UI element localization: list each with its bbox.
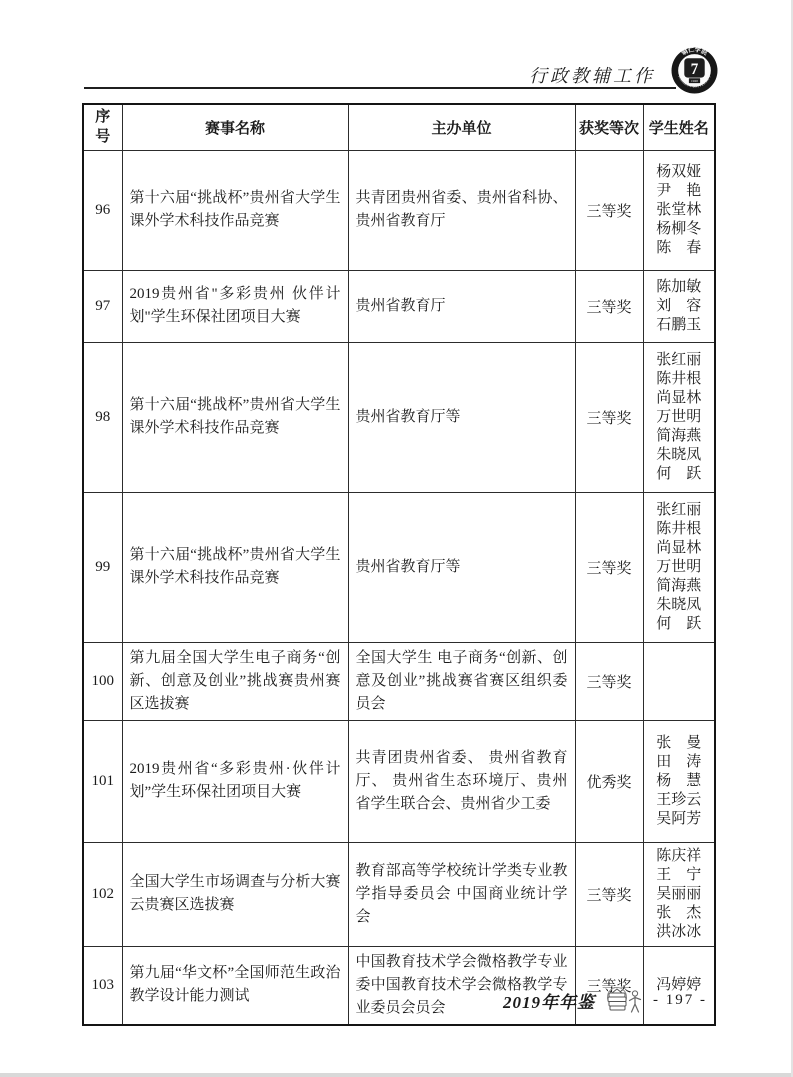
student-name: 何 跃	[649, 465, 710, 484]
student-names: 张 曼田 涛杨 慧王珍云吴阿芳	[643, 720, 715, 842]
award-level: 三等奖	[575, 150, 643, 270]
student-name: 陈 春	[649, 239, 710, 258]
svg-text:7: 7	[691, 61, 699, 78]
document-page: 行政教辅工作 铜仁学院 TONGREN UNIVERSITY 7 1920	[0, 0, 793, 1077]
section-title: 行政教辅工作	[529, 62, 655, 88]
student-names: 杨双娅尹 艳张堂林杨柳冬陈 春	[643, 150, 715, 270]
books-and-figure-icon	[602, 986, 646, 1014]
student-name: 陈庆祥	[649, 847, 710, 866]
organizer: 贵州省教育厅	[348, 270, 575, 342]
organizer: 共青团贵州省委、贵州省科协、贵州省教育厅	[348, 150, 575, 270]
student-name: 陈井根	[649, 520, 710, 539]
page-number: - 197 -	[653, 992, 707, 1009]
page-footer: 2019年年鉴 - 197 -	[503, 986, 707, 1014]
col-header-students: 学生姓名	[643, 104, 715, 150]
student-name: 石鹏玉	[649, 316, 710, 335]
student-name: 杨双娅	[649, 163, 710, 182]
table-row: 96 第十六届“挑战杯”贵州省大学生课外学术科技作品竞赛 共青团贵州省委、贵州省…	[83, 150, 715, 270]
award-level: 优秀奖	[575, 720, 643, 842]
student-name: 张 曼	[649, 734, 710, 753]
university-seal-icon: 铜仁学院 TONGREN UNIVERSITY 7 1920	[671, 47, 718, 94]
table-row: 97 2019贵州省"多彩贵州 伙伴计划"学生环保社团项目大赛 贵州省教育厅 三…	[83, 270, 715, 342]
header-rule	[84, 87, 676, 89]
student-name: 张 杰	[649, 904, 710, 923]
student-name: 张红丽	[649, 501, 710, 520]
student-names: 陈加敏刘 容石鹏玉	[643, 270, 715, 342]
student-names: 张红丽陈井根尚显林万世明简海燕朱晓凤何 跃	[643, 492, 715, 642]
university-seal-svg: 铜仁学院 TONGREN UNIVERSITY 7 1920	[671, 47, 718, 94]
row-number: 96	[83, 150, 122, 270]
student-name: 刘 容	[649, 297, 710, 316]
student-names: 张红丽陈井根尚显林万世明简海燕朱晓凤何 跃	[643, 342, 715, 492]
event-name: 第九届全国大学生电子商务“创新、创意及创业”挑战赛贵州赛区选拔赛	[122, 642, 348, 720]
table-row: 100 第九届全国大学生电子商务“创新、创意及创业”挑战赛贵州赛区选拔赛 全国大…	[83, 642, 715, 720]
event-name: 第十六届“挑战杯”贵州省大学生课外学术科技作品竞赛	[122, 492, 348, 642]
award-level: 三等奖	[575, 270, 643, 342]
award-level: 三等奖	[575, 642, 643, 720]
yearbook-title: 2019年年鉴	[503, 988, 595, 1013]
table-row: 101 2019贵州省“多彩贵州·伙伴计划”学生环保社团项目大赛 共青团贵州省委…	[83, 720, 715, 842]
row-number: 99	[83, 492, 122, 642]
student-name: 万世明	[649, 558, 710, 577]
row-number: 103	[83, 946, 122, 1025]
table-row: 99 第十六届“挑战杯”贵州省大学生课外学术科技作品竞赛 贵州省教育厅等 三等奖…	[83, 492, 715, 642]
svg-text:1920: 1920	[691, 79, 698, 83]
organizer: 共青团贵州省委、 贵州省教育厅、 贵州省生态环境厅、贵州省学生联合会、贵州省少工…	[348, 720, 575, 842]
table-row: 98 第十六届“挑战杯”贵州省大学生课外学术科技作品竞赛 贵州省教育厅等 三等奖…	[83, 342, 715, 492]
row-number: 102	[83, 842, 122, 946]
organizer: 教育部高等学校统计学类专业教学指导委员会 中国商业统计学会	[348, 842, 575, 946]
student-name: 张红丽	[649, 351, 710, 370]
event-name: 2019贵州省“多彩贵州·伙伴计划”学生环保社团项目大赛	[122, 720, 348, 842]
student-name: 杨柳冬	[649, 220, 710, 239]
student-names: 陈庆祥王 宁吴丽丽张 杰洪冰冰	[643, 842, 715, 946]
student-name: 杨 慧	[649, 772, 710, 791]
awards-table: 序号 赛事名称 主办单位 获奖等次 学生姓名 96 第十六届“挑战杯”贵州省大学…	[82, 103, 716, 1026]
student-name: 朱晓凤	[649, 596, 710, 615]
student-name: 王 宁	[649, 866, 710, 885]
student-name: 万世明	[649, 408, 710, 427]
table-row: 102 全国大学生市场调查与分析大赛云贵赛区选拔赛 教育部高等学校统计学类专业教…	[83, 842, 715, 946]
student-name: 何 跃	[649, 615, 710, 634]
event-name: 第九届“华文杯”全国师范生政治教学设计能力测试	[122, 946, 348, 1025]
col-header-number: 序号	[83, 104, 122, 150]
student-name: 吴丽丽	[649, 885, 710, 904]
student-name: 田 涛	[649, 753, 710, 772]
award-level: 三等奖	[575, 492, 643, 642]
organizer: 贵州省教育厅等	[348, 492, 575, 642]
student-name: 简海燕	[649, 577, 710, 596]
event-name: 第十六届“挑战杯”贵州省大学生课外学术科技作品竞赛	[122, 342, 348, 492]
row-number: 97	[83, 270, 122, 342]
student-name: 陈加敏	[649, 278, 710, 297]
student-name: 尚显林	[649, 389, 710, 408]
event-name: 全国大学生市场调查与分析大赛云贵赛区选拔赛	[122, 842, 348, 946]
student-name: 王珍云	[649, 791, 710, 810]
award-level: 三等奖	[575, 342, 643, 492]
event-name: 2019贵州省"多彩贵州 伙伴计划"学生环保社团项目大赛	[122, 270, 348, 342]
student-names	[643, 642, 715, 720]
student-name: 陈井根	[649, 370, 710, 389]
organizer: 全国大学生 电子商务“创新、创意及创业”挑战赛省赛区组织委员会	[348, 642, 575, 720]
col-header-event: 赛事名称	[122, 104, 348, 150]
student-name: 尹 艳	[649, 182, 710, 201]
event-name: 第十六届“挑战杯”贵州省大学生课外学术科技作品竞赛	[122, 150, 348, 270]
col-header-organizer: 主办单位	[348, 104, 575, 150]
row-number: 101	[83, 720, 122, 842]
student-name: 简海燕	[649, 427, 710, 446]
student-name: 尚显林	[649, 539, 710, 558]
student-name: 张堂林	[649, 201, 710, 220]
organizer: 贵州省教育厅等	[348, 342, 575, 492]
award-level: 三等奖	[575, 842, 643, 946]
table-header-row: 序号 赛事名称 主办单位 获奖等次 学生姓名	[83, 104, 715, 150]
col-header-award: 获奖等次	[575, 104, 643, 150]
row-number: 98	[83, 342, 122, 492]
row-number: 100	[83, 642, 122, 720]
student-name: 洪冰冰	[649, 923, 710, 942]
student-name: 朱晓凤	[649, 446, 710, 465]
student-name: 吴阿芳	[649, 810, 710, 829]
